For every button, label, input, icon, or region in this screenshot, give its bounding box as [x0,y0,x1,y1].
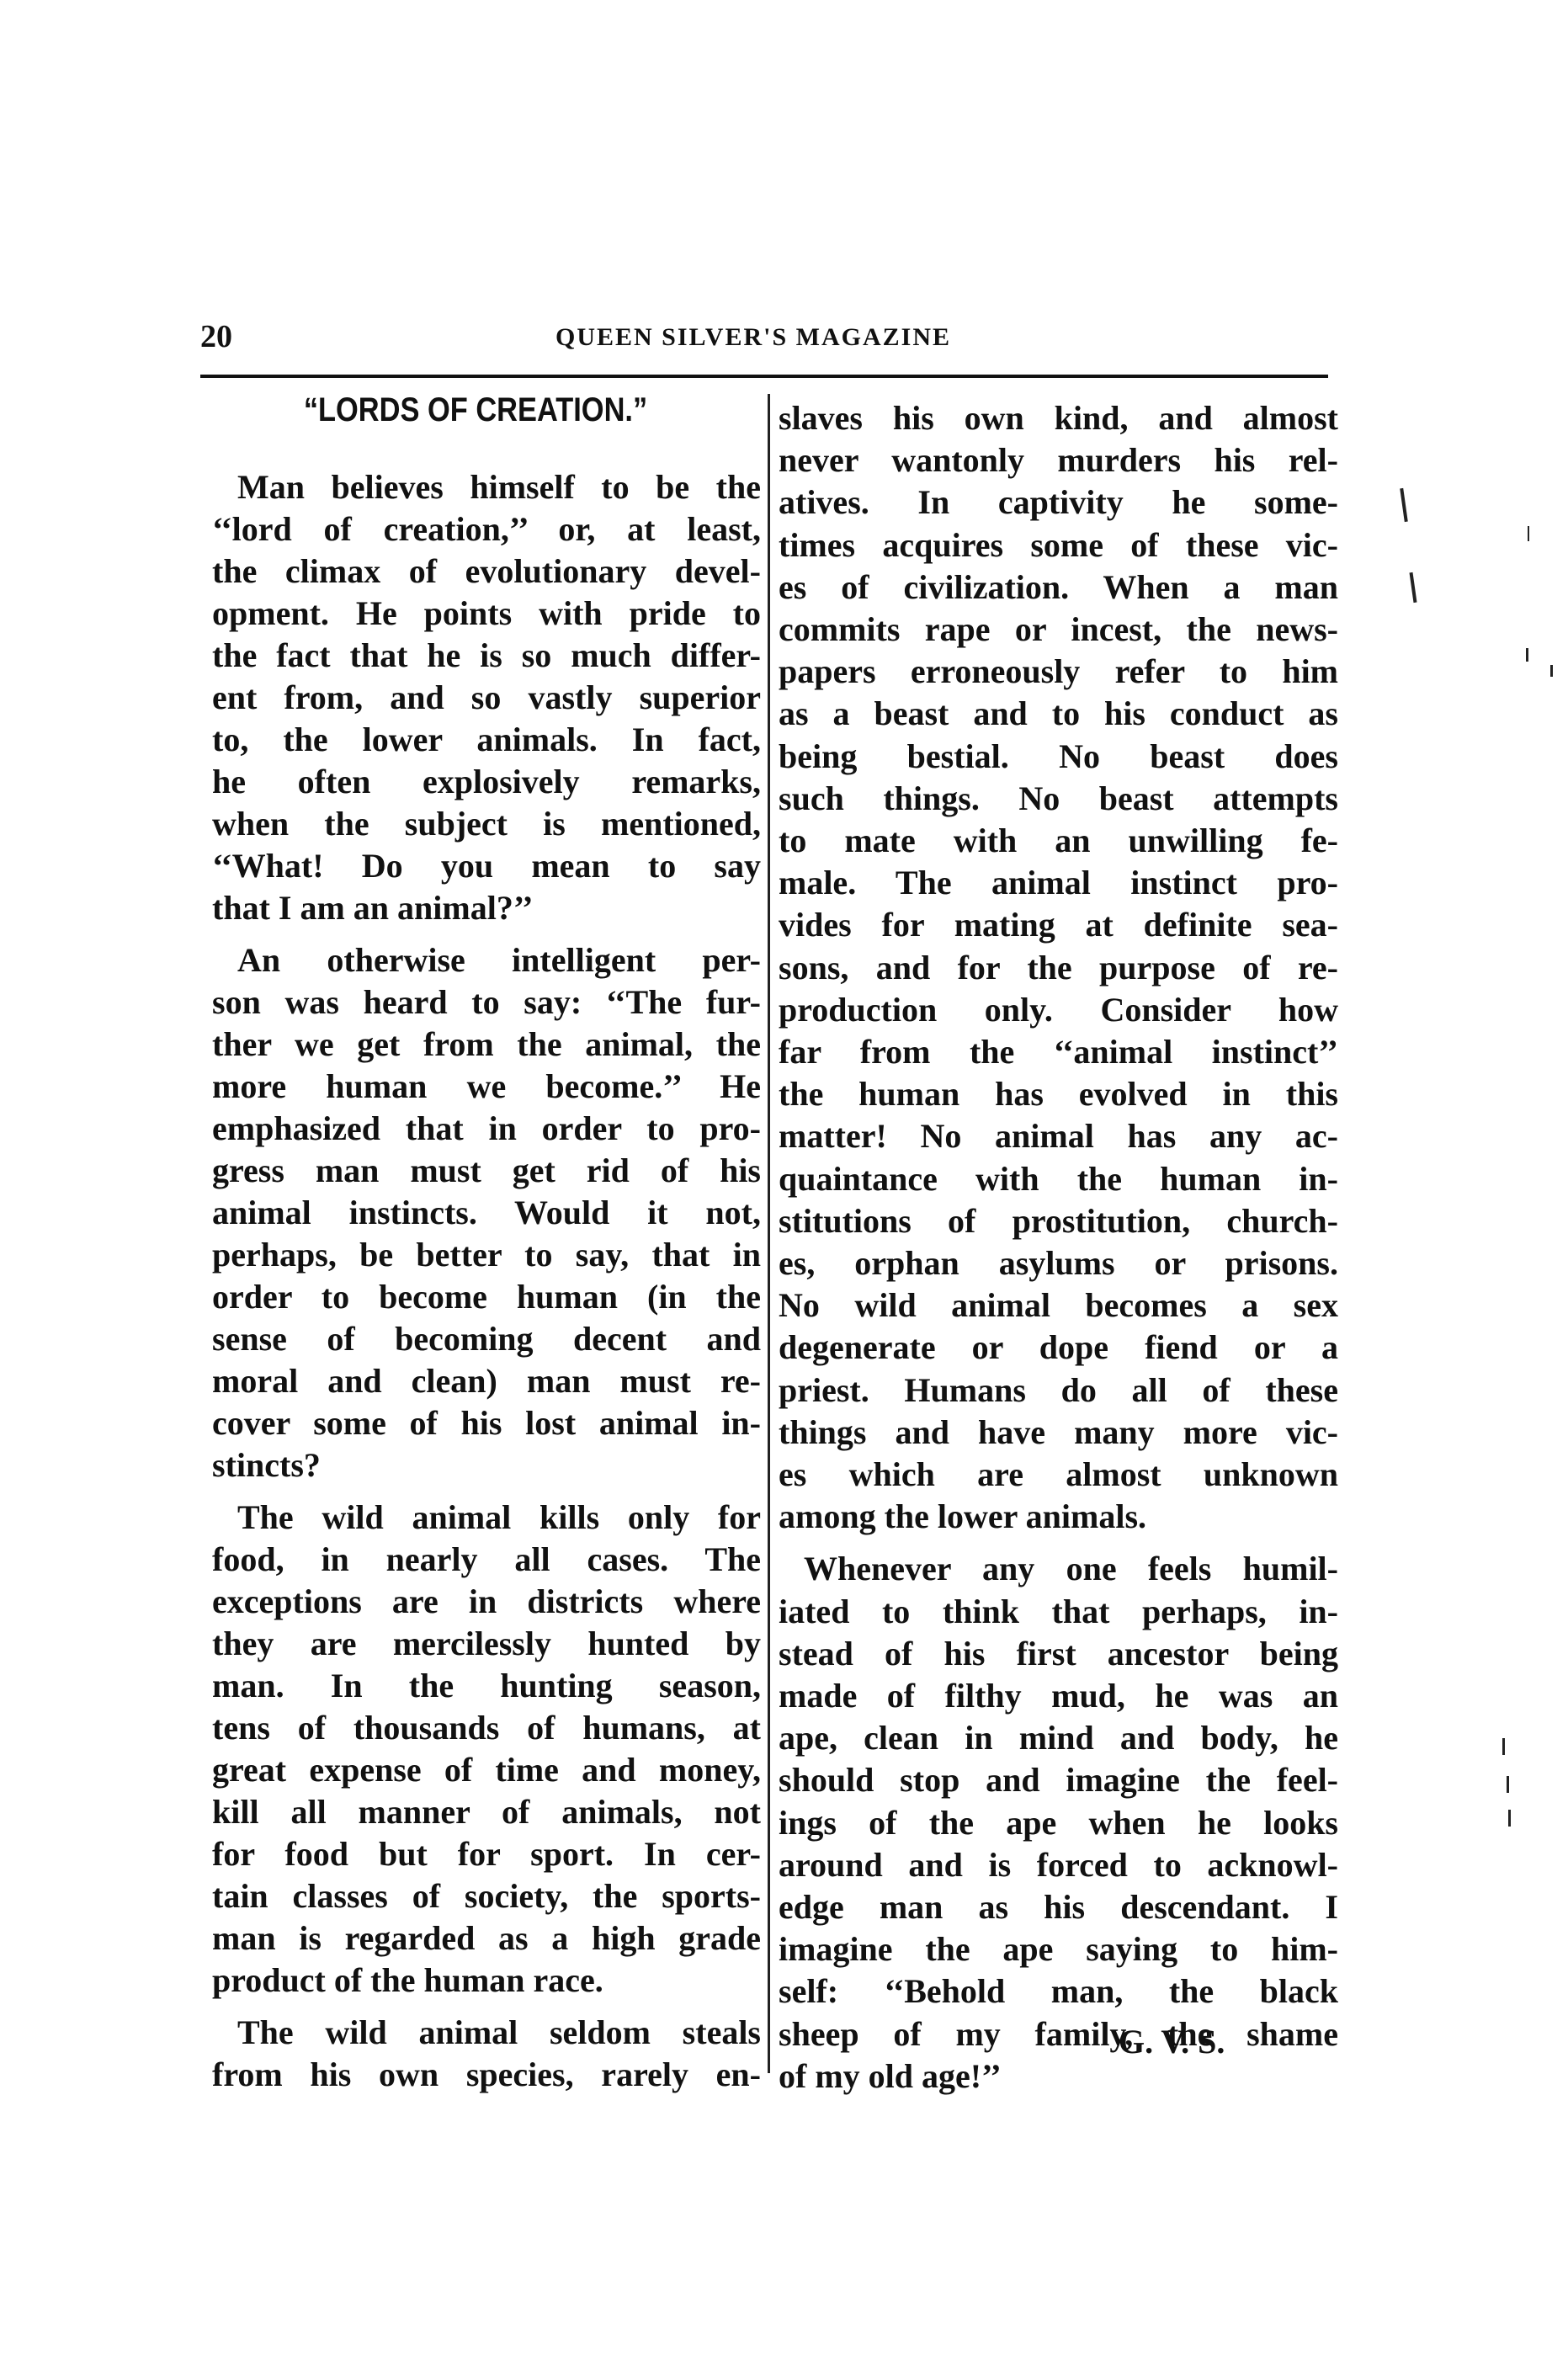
text-line: moral and clean) man must re- [212,1361,761,1401]
scan-artifact [1528,526,1529,541]
author-signature: G. V. S. [1119,2022,1225,2062]
text-line: stitutions of prostitution, church- [779,1201,1338,1242]
text-line: sense of becoming decent and [212,1319,761,1359]
text-line: such things. No beast attempts [779,779,1338,819]
text-line: iated to think that perhaps, in- [779,1592,1338,1632]
text-line: ings of the ape when he looks [779,1803,1338,1843]
text-line: times acquires some of these vic- [779,525,1338,566]
text-line: production only. Consider how [779,990,1338,1030]
text-line: tain classes of society, the sports- [212,1876,761,1917]
text-line: order to become human (in the [212,1277,761,1317]
text-line: es of civilization. When a man [779,567,1338,608]
text-line: great expense of time and money, [212,1750,761,1790]
text-line: product of the human race. [212,1960,761,2001]
text-line: edge man as his descendant. I [779,1887,1338,1928]
text-line: es which are almost unknown [779,1454,1338,1495]
text-line: The wild animal kills only for [212,1497,761,1538]
text-line: for food but for sport. In cer- [212,1834,761,1874]
text-line: male. The animal instinct pro- [779,863,1338,903]
scan-artifact [1400,488,1408,522]
text-line: papers erroneously refer to him [779,651,1338,692]
text-line: ‘‘lord of creation,’’ or, at least, [212,509,761,550]
text-line: quaintance with the human in- [779,1159,1338,1199]
text-line: more human we become.’’ He [212,1066,761,1107]
text-line: The wild animal seldom steals [212,2013,761,2053]
text-line: as a beast and to his conduct as [779,694,1338,734]
text-line: never wantonly murders his rel- [779,440,1338,481]
text-line: food, in nearly all cases. The [212,1539,761,1580]
scan-artifact [1550,665,1553,677]
magazine-page: 20 QUEEN SILVER'S MAGAZINE “LORDS OF CRE… [0,0,1568,2377]
text-line: man is regarded as a high grade [212,1918,761,1959]
text-line: No wild animal becomes a sex [779,1285,1338,1326]
text-line: sons, and for the purpose of re- [779,948,1338,988]
text-line: Whenever any one feels humil- [779,1549,1338,1589]
text-line: An otherwise intelligent per- [212,940,761,981]
text-line: matter! No animal has any ac- [779,1116,1338,1157]
text-line: they are mercilessly hunted by [212,1624,761,1664]
text-line: should stop and imagine the feel- [779,1760,1338,1800]
scan-artifact [1526,648,1528,662]
text-line: when the subject is mentioned, [212,804,761,844]
text-line: made of filthy mud, he was an [779,1676,1338,1716]
running-title: QUEEN SILVER'S MAGAZINE [555,323,951,352]
text-line: he often explosively remarks, [212,762,761,802]
text-line: the human has evolved in this [779,1074,1338,1114]
text-line: emphasized that in order to pro- [212,1109,761,1149]
text-line: to, the lower animals. In fact, [212,720,761,760]
text-line: ent from, and so vastly superior [212,678,761,718]
text-line: ‘‘What! Do you mean to say [212,846,761,886]
scan-artifact [1508,1810,1511,1827]
scan-artifact [1502,1738,1505,1755]
text-line: to mate with an unwilling fe- [779,821,1338,861]
text-line: opment. He points with pride to [212,593,761,634]
text-line: Man believes himself to be the [212,467,761,508]
text-line: the climax of evolutionary devel- [212,551,761,592]
text-line: animal instincts. Would it not, [212,1193,761,1233]
text-line: stincts? [212,1445,761,1486]
text-line: imagine the ape saying to him- [779,1929,1338,1970]
text-line: son was heard to say: ‘‘The fur- [212,982,761,1023]
text-line: cover some of his lost animal in- [212,1403,761,1444]
text-line: around and is forced to acknowl- [779,1845,1338,1885]
column-divider [768,394,770,2073]
text-line: from his own species, rarely en- [212,2055,761,2095]
text-line: slaves his own kind, and almost [779,398,1338,439]
article-title: “LORDS OF CREATION.” [258,391,693,429]
text-line: of my old age!’’ [779,2056,1338,2097]
text-line: sheep of my family, the shame [779,2014,1338,2055]
scan-artifact [1507,1776,1509,1793]
header-rule [200,375,1328,378]
text-line: atives. In captivity he some- [779,482,1338,523]
text-line: among the lower animals. [779,1497,1338,1537]
text-line: exceptions are in districts where [212,1582,761,1622]
text-line: tens of thousands of humans, at [212,1708,761,1748]
text-line: gress man must get rid of his [212,1151,761,1191]
text-line: commits rape or incest, the news- [779,609,1338,650]
text-line: es, orphan asylums or prisons. [779,1243,1338,1284]
text-line: far from the ‘‘animal instinct’’ [779,1032,1338,1072]
scan-artifact [1410,572,1417,603]
text-line: degenerate or dope fiend or a [779,1327,1338,1368]
text-line: kill all manner of animals, not [212,1792,761,1832]
text-line: being bestial. No beast does [779,736,1338,777]
text-line: stead of his first ancestor being [779,1634,1338,1674]
text-line: ape, clean in mind and body, he [779,1718,1338,1758]
text-line: priest. Humans do all of these [779,1370,1338,1411]
text-line: self: ‘‘Behold man, the black [779,1971,1338,2012]
page-number: 20 [200,318,232,355]
text-line: that I am an animal?’’ [212,888,761,928]
text-line: vides for mating at definite sea- [779,905,1338,945]
text-line: ther we get from the animal, the [212,1024,761,1065]
text-line: the fact that he is so much differ- [212,635,761,676]
text-line: things and have many more vic- [779,1412,1338,1453]
text-line: perhaps, be better to say, that in [212,1235,761,1275]
text-line: man. In the hunting season, [212,1666,761,1706]
